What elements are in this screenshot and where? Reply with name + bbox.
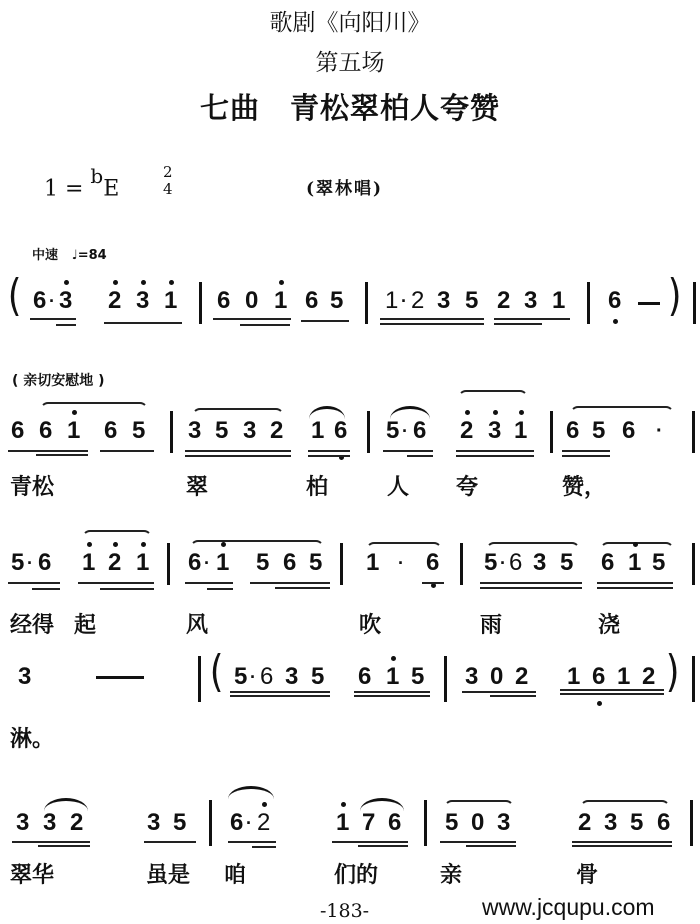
note-dot: · (250, 664, 256, 690)
note: 3 (437, 288, 450, 314)
note: 6 (358, 664, 371, 690)
page-number: -183- (320, 900, 369, 922)
note: 2 (460, 418, 473, 444)
barline (209, 800, 212, 846)
note: 3 (147, 810, 160, 836)
note: 3 (465, 664, 478, 690)
note: 1 (366, 550, 379, 576)
note: 6 (217, 288, 230, 314)
note: 1 (311, 418, 324, 444)
lyric: 青松 (10, 470, 54, 501)
note: 1 (386, 664, 399, 690)
note: 6 (426, 550, 439, 576)
note: 1 (567, 664, 580, 690)
note: 1 (617, 664, 630, 690)
note: 3 (533, 550, 546, 576)
note: 6 (566, 418, 579, 444)
note: 3 (188, 418, 201, 444)
note: 6 (11, 418, 24, 444)
note: 1 (628, 550, 641, 576)
watermark: www.jcqupu.com (482, 894, 655, 921)
key-prefix: 1 = (44, 176, 90, 201)
open-paren: ( (8, 274, 22, 318)
note: 6 (592, 664, 605, 690)
note: 5 (173, 810, 186, 836)
barline (692, 656, 695, 702)
lyric: 柏 (306, 470, 328, 501)
note: 5 (445, 810, 458, 836)
note: 1 (216, 550, 229, 576)
note: 6 (104, 418, 117, 444)
lyric: 吹 (359, 608, 381, 639)
scene-title: 第五场 (0, 44, 700, 77)
lyric: 浇 (598, 608, 620, 639)
key-signature: 1 = bE (44, 168, 119, 201)
note: 2 (578, 810, 591, 836)
lyric: 骨 (576, 858, 598, 889)
note: 3 (243, 418, 256, 444)
lyric: 翠华 (10, 858, 54, 889)
note: 3 (59, 288, 72, 314)
note: 6 (283, 550, 296, 576)
note-dot: · (401, 288, 407, 314)
note: 1 (336, 810, 349, 836)
note: 5 (411, 664, 424, 690)
barline (365, 282, 368, 324)
close-paren: ) (666, 650, 680, 694)
note: 6 (657, 810, 670, 836)
barline (170, 411, 173, 453)
note: 3 (497, 810, 510, 836)
barline (199, 282, 202, 324)
close-paren: ) (668, 274, 682, 318)
note: 6 (38, 550, 51, 576)
note: 6 (608, 288, 621, 314)
note: 2 (257, 810, 270, 836)
note: 6 (260, 664, 273, 690)
note: 6 (305, 288, 318, 314)
note: 5 (234, 664, 247, 690)
note: 2 (108, 550, 121, 576)
lyric: 虽是 (146, 858, 190, 889)
note-dot: · (500, 550, 506, 576)
note: 6 (334, 418, 347, 444)
note: 5 (11, 550, 24, 576)
note: 2 (411, 288, 424, 314)
note: 5 (256, 550, 269, 576)
note-dot: · (398, 550, 404, 576)
open-paren: ( (210, 650, 224, 694)
barline (198, 656, 201, 702)
barline (692, 543, 695, 585)
note: 2 (270, 418, 283, 444)
lyric: 翠 (186, 470, 208, 501)
note: 1 (552, 288, 565, 314)
expression-marking: ( 亲切安慰地 ) (12, 370, 105, 390)
note: 2 (108, 288, 121, 314)
flat-sign: b (90, 164, 103, 188)
note: 0 (471, 810, 484, 836)
note-dot: · (656, 418, 663, 444)
song-title: 七曲 青松翠柏人夸赞 (0, 86, 700, 127)
barline (460, 543, 463, 585)
barline (444, 656, 447, 702)
barline (340, 543, 343, 585)
note: 5 (465, 288, 478, 314)
note: 5 (330, 288, 343, 314)
note: 3 (43, 810, 56, 836)
note: 6 (39, 418, 52, 444)
note-dot: · (246, 810, 252, 836)
note-dot: · (49, 288, 55, 314)
note: 6 (413, 418, 426, 444)
note: 5 (311, 664, 324, 690)
note: 6 (388, 810, 401, 836)
tempo-marking: 中速 ♩=84 (32, 244, 107, 263)
tempo-label: 中速 (32, 248, 58, 263)
note: 1 (514, 418, 527, 444)
note: 6 (230, 810, 243, 836)
time-signature: 2 4 (163, 164, 173, 198)
note: 6 (188, 550, 201, 576)
barline (690, 800, 693, 846)
lyric: 赞， (562, 470, 606, 501)
note: 0 (245, 288, 258, 314)
note: 3 (285, 664, 298, 690)
barline (587, 282, 590, 324)
singer-label: (翠林唱) (306, 174, 383, 199)
note: 3 (136, 288, 149, 314)
barline (550, 411, 553, 453)
note: 7 (362, 810, 375, 836)
meter-top: 2 (163, 164, 173, 181)
note: 5 (309, 550, 322, 576)
key-note: E (103, 176, 119, 201)
note: 2 (497, 288, 510, 314)
note: 6 (601, 550, 614, 576)
lyric: 淋。 (10, 722, 54, 753)
opera-title: 歌剧《向阳川》 (0, 4, 700, 37)
note: 1 (164, 288, 177, 314)
note: 6 (33, 288, 46, 314)
note: 3 (524, 288, 537, 314)
meter-bottom: 4 (163, 181, 173, 198)
barline (692, 411, 695, 453)
lyric: 亲 (440, 858, 462, 889)
lyric: 经得 (10, 608, 54, 639)
note: 2 (642, 664, 655, 690)
barline (424, 800, 427, 846)
note-dot: · (402, 418, 408, 444)
lyric: 雨 (480, 608, 502, 639)
note: 1 (82, 550, 95, 576)
note: 2 (515, 664, 528, 690)
barline (693, 282, 696, 324)
note: 1 (385, 288, 398, 314)
lyric: 夸 (456, 470, 478, 501)
note-dot: · (204, 550, 210, 576)
note: 0 (490, 664, 503, 690)
barline (167, 543, 170, 585)
note: 3 (604, 810, 617, 836)
note: 3 (18, 664, 31, 690)
lyric: 风 (186, 608, 208, 639)
lyric: 起 (74, 608, 96, 639)
note: 5 (560, 550, 573, 576)
note: 3 (16, 810, 29, 836)
note-dot: · (27, 550, 33, 576)
note: 5 (630, 810, 643, 836)
note: 5 (592, 418, 605, 444)
note: 3 (488, 418, 501, 444)
note: 5 (132, 418, 145, 444)
lyric: 人 (387, 470, 409, 501)
tempo-value: =84 (78, 248, 107, 263)
note: 1 (136, 550, 149, 576)
note: 5 (215, 418, 228, 444)
note: 1 (67, 418, 80, 444)
note: 1 (274, 288, 287, 314)
lyric: 们的 (334, 858, 378, 889)
note: 6 (622, 418, 635, 444)
note: 5 (652, 550, 665, 576)
note: 5 (484, 550, 497, 576)
note: 5 (386, 418, 399, 444)
note: 6 (509, 550, 522, 576)
barline (367, 411, 370, 453)
note: 2 (70, 810, 83, 836)
lyric: 咱 (224, 858, 246, 889)
